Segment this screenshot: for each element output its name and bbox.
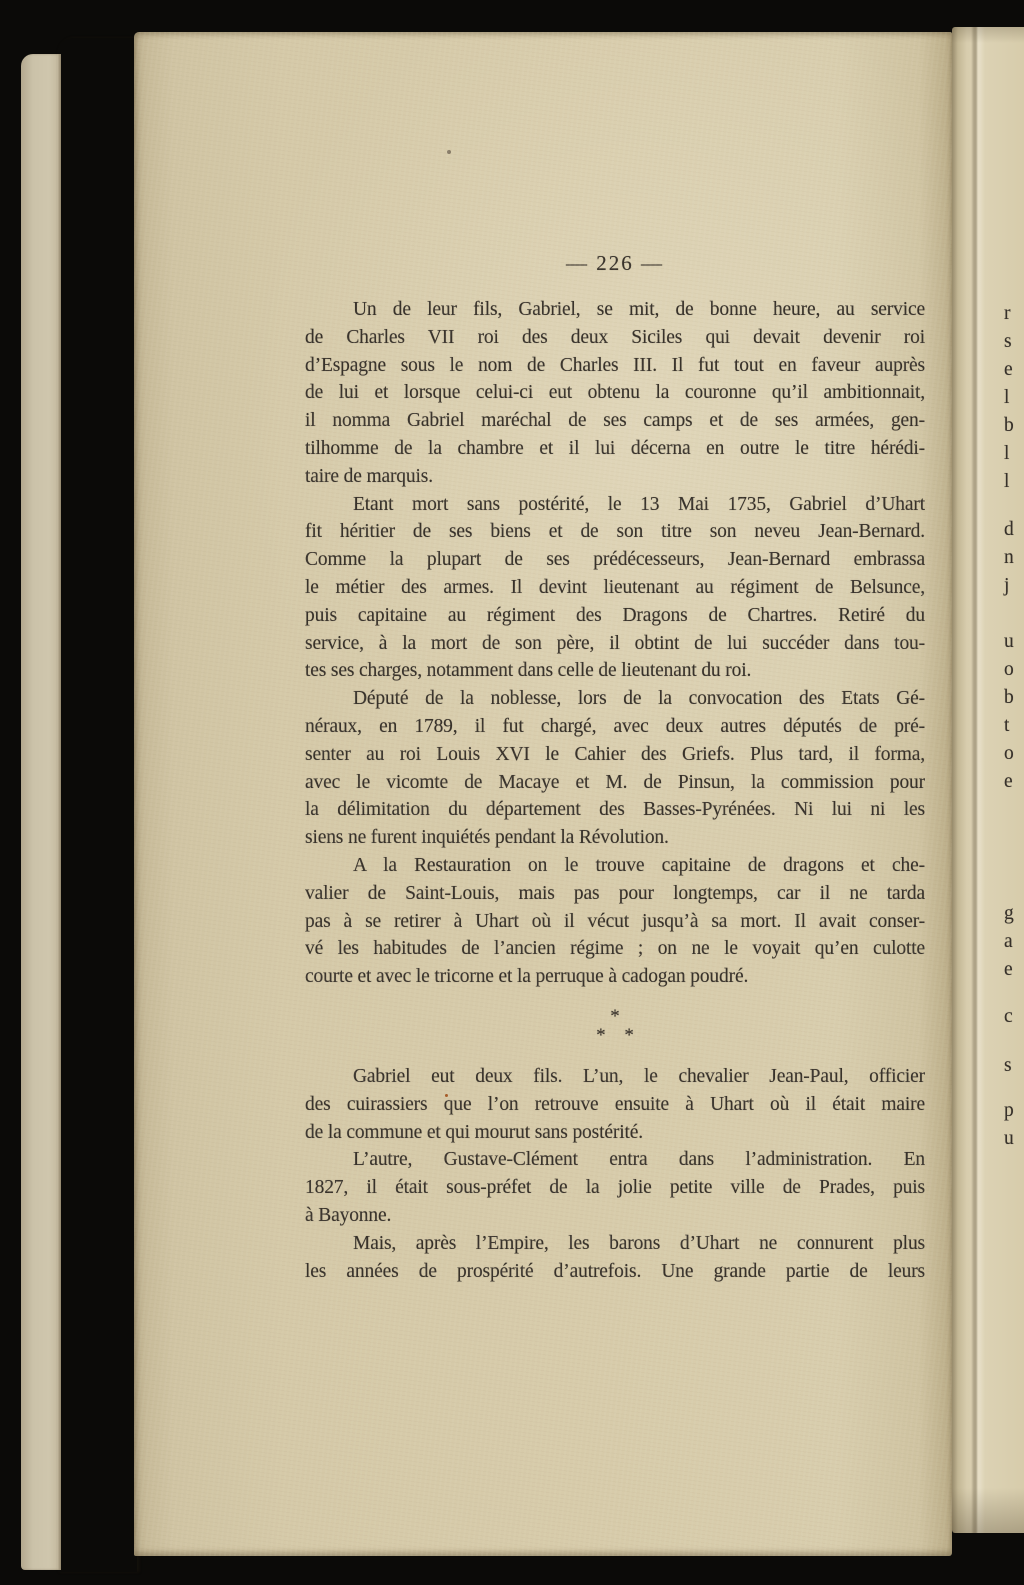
- text-line: tes ses charges, notamment dans celle de…: [305, 657, 925, 685]
- text-line: Mais, après l’Empire, les barons d’Uhart…: [305, 1230, 925, 1258]
- text-line: néraux, en 1789, il fut chargé, avec deu…: [305, 713, 925, 741]
- paragraph: A la Restauration on le trouve capitaine…: [305, 852, 925, 991]
- text-line: Comme la plupart de ses prédécesseurs, J…: [305, 546, 925, 574]
- text-line: pas à se retirer à Uhart où il vécut jus…: [305, 908, 925, 936]
- text-line: à Bayonne.: [305, 1202, 925, 1230]
- text-line: vé les habitudes de l’ancien régime ; on…: [305, 935, 925, 963]
- text-line: de lui et lorsque celui-ci eut obtenu la…: [305, 379, 925, 407]
- body-text: Un de leur fils, Gabriel, se mit, de bon…: [305, 296, 925, 1285]
- book-photo: — 226 — Un de leur fils, Gabriel, se mit…: [0, 0, 1024, 1585]
- text-line: fit héritier de ses biens et de son titr…: [305, 518, 925, 546]
- text-line: Un de leur fils, Gabriel, se mit, de bon…: [305, 296, 925, 324]
- text-line: avec le vicomte de Macaye et M. de Pinsu…: [305, 769, 925, 797]
- scanned-book-photo: { "page": { "number": "226", "number_dis…: [0, 0, 1024, 1585]
- paper-speck: [447, 150, 451, 154]
- text-line: de la commune et qui mourut sans postéri…: [305, 1119, 925, 1147]
- text-line: Etant mort sans postérité, le 13 Mai 173…: [305, 491, 925, 519]
- page-number: — 226 —: [305, 251, 925, 276]
- text-line: le métier des armes. Il devint lieutenan…: [305, 574, 925, 602]
- text-line: service, à la mort de son père, il obtin…: [305, 630, 925, 658]
- paragraph: Député de la noblesse, lors de la convoc…: [305, 685, 925, 852]
- paragraph: Etant mort sans postérité, le 13 Mai 173…: [305, 491, 925, 686]
- text-line: senter au roi Louis XVI le Cahier des Gr…: [305, 741, 925, 769]
- text-line: 1827, il était sous-préfet de la jolie p…: [305, 1174, 925, 1202]
- text-line: valier de Saint-Louis, mais pas pour lon…: [305, 880, 925, 908]
- text-line: de Charles VII roi des deux Siciles qui …: [305, 324, 925, 352]
- text-line: courte et avec le tricorne et la perruqu…: [305, 963, 925, 991]
- text-line: il nomma Gabriel maréchal de ses camps e…: [305, 407, 925, 435]
- next-page-edge: [952, 27, 1024, 1533]
- text-line: Député de la noblesse, lors de la convoc…: [305, 685, 925, 713]
- book-page: — 226 — Un de leur fils, Gabriel, se mit…: [134, 32, 952, 1556]
- paragraph: Gabriel eut deux fils. L’un, le chevalie…: [305, 1063, 925, 1146]
- paragraph: Mais, après l’Empire, les barons d’Uhart…: [305, 1230, 925, 1286]
- text-line: la délimitation du département des Basse…: [305, 796, 925, 824]
- text-line: A la Restauration on le trouve capitaine…: [305, 852, 925, 880]
- text-line: tilhomme de la chambre et il lui décerna…: [305, 435, 925, 463]
- paragraph: Un de leur fils, Gabriel, se mit, de bon…: [305, 296, 925, 491]
- text-line: des cuirassiers que l’on retrouve ensuit…: [305, 1091, 925, 1119]
- text-line: les années de prospérité d’autrefois. Un…: [305, 1258, 925, 1286]
- text-line: d’Espagne sous le nom de Charles III. Il…: [305, 352, 925, 380]
- text-line: Gabriel eut deux fils. L’un, le chevalie…: [305, 1063, 925, 1091]
- text-line: puis capitaine au régiment des Dragons d…: [305, 602, 925, 630]
- section-separator: ** *: [305, 991, 925, 1063]
- loose-page-edge: [21, 54, 61, 1570]
- paper-speck: [445, 1094, 448, 1097]
- paragraph: L’autre, Gustave-Clément entra dans l’ad…: [305, 1146, 925, 1229]
- fore-edge-stack: [57, 38, 137, 1572]
- text-line: L’autre, Gustave-Clément entra dans l’ad…: [305, 1146, 925, 1174]
- text-line: siens ne furent inquiétés pendant la Rév…: [305, 824, 925, 852]
- text-line: taire de marquis.: [305, 463, 925, 491]
